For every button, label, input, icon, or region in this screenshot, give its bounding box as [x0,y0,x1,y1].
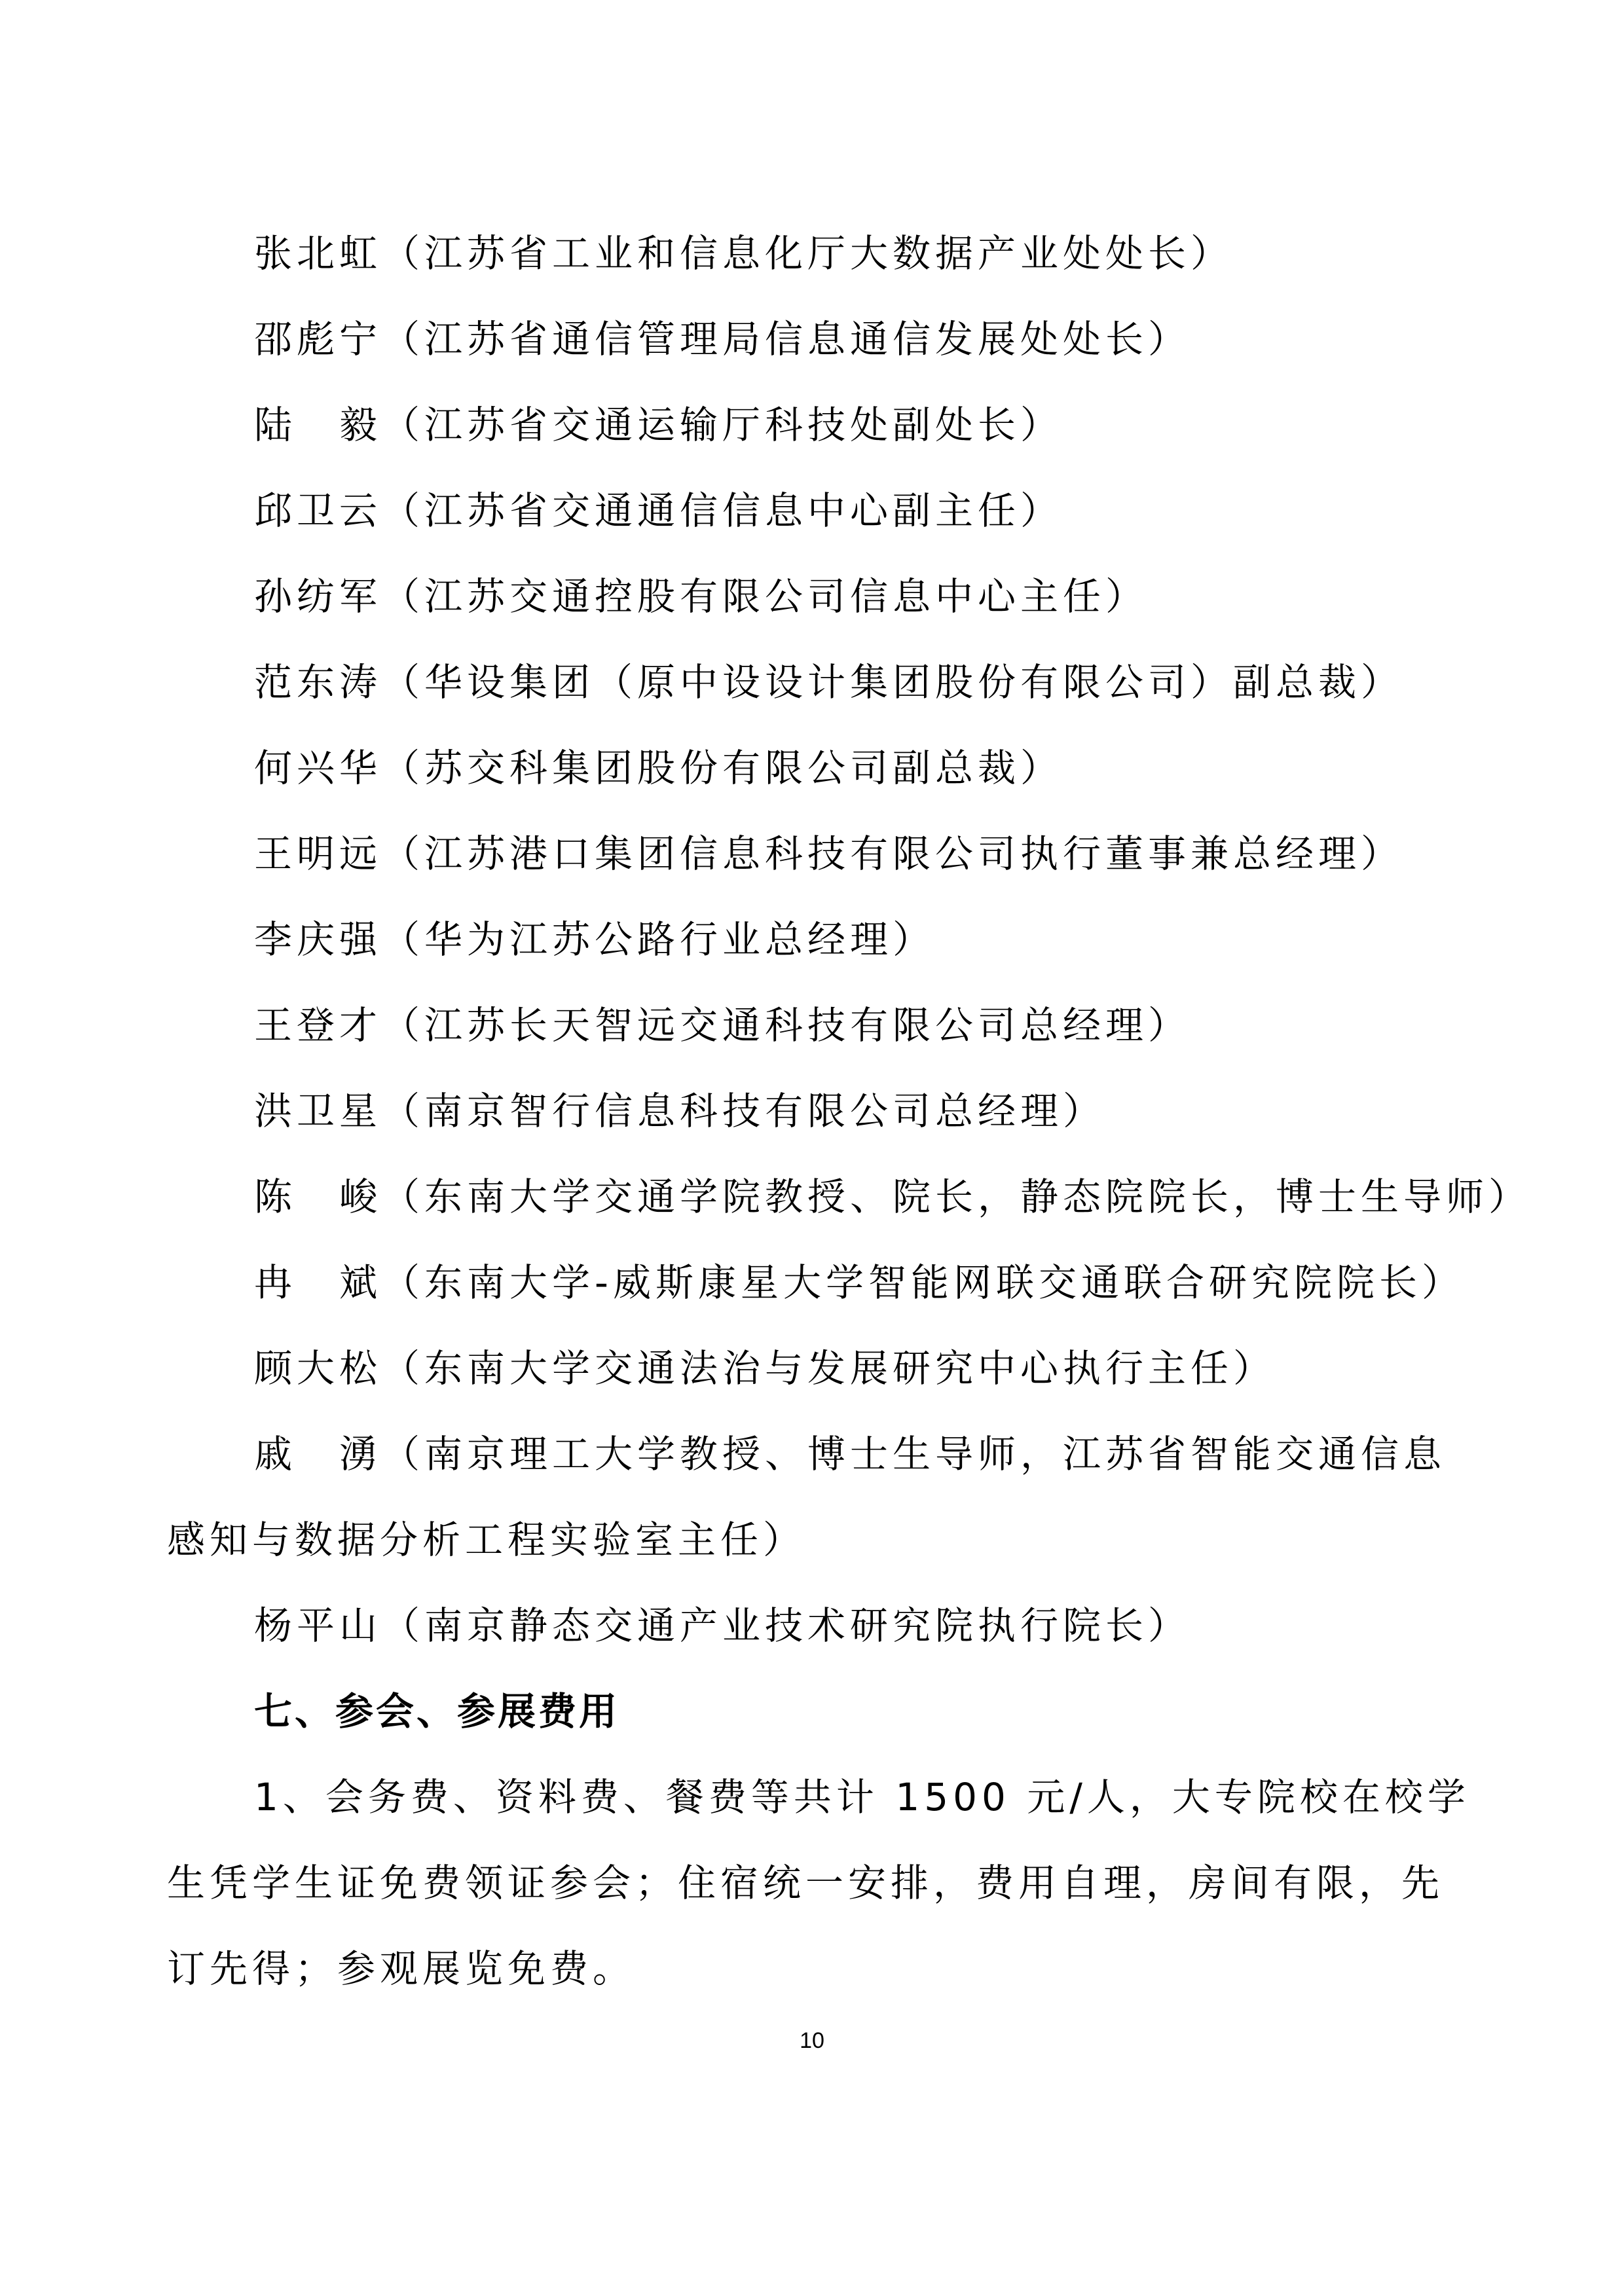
expert-name: 戚 湧 [254,1412,382,1497]
section-heading: 七、参会、参展费用 [167,1669,1473,1755]
expert-entry: 何兴华（苏交科集团股份有限公司副总裁） [167,725,1473,811]
expert-entry: 孙纺军（江苏交通控股有限公司信息中心主任） [167,554,1473,640]
expert-name: 洪卫星 [254,1068,382,1154]
expert-name: 李庆强 [254,897,382,983]
expert-name: 王登才 [254,983,382,1068]
expert-entry: 顾大松（东南大学交通法治与发展研究中心执行主任） [167,1326,1473,1412]
expert-entry-continuation: 感知与数据分析工程实验室主任） [167,1497,1473,1583]
expert-name: 张北虹 [254,211,382,297]
expert-entry: 邱卫云（江苏省交通通信信息中心副主任） [167,468,1473,554]
expert-entry: 杨平山（南京静态交通产业技术研究院执行院长） [167,1583,1473,1669]
page-number: 10 [0,2028,1624,2054]
expert-title: （东南大学交通法治与发展研究中心执行主任） [382,1346,1276,1391]
expert-name: 杨平山 [254,1583,382,1669]
expert-entry: 王明远（江苏港口集团信息科技有限公司执行董事兼总经理） [167,811,1473,897]
expert-title: （华设集团（原中设设计集团股份有限公司）副总裁） [382,660,1403,704]
expert-title: （江苏省通信管理局信息通信发展处处长） [382,317,1190,361]
expert-entry: 王登才（江苏长天智远交通科技有限公司总经理） [167,983,1473,1068]
expert-entry: 戚 湧（南京理工大学教授、博士生导师，江苏省智能交通信息 [167,1412,1473,1497]
expert-title: （华为江苏公路行业总经理） [382,917,935,962]
expert-name: 邱卫云 [254,468,382,554]
expert-title: （苏交科集团股份有限公司副总裁） [382,746,1063,790]
expert-entry: 邵彪宁（江苏省通信管理局信息通信发展处处长） [167,297,1473,382]
expert-title: （江苏省交通运输厅科技处副处长） [382,403,1063,447]
fee-paragraph-line: 1、会务费、资料费、餐费等共计 1500 元/人，大专院校在校学 [167,1755,1473,1840]
expert-entry: 范东涛（华设集团（原中设设计集团股份有限公司）副总裁） [167,640,1473,725]
expert-title-continued: 感知与数据分析工程实验室主任） [167,1518,805,1562]
expert-name: 孙纺军 [254,554,382,640]
expert-title: （东南大学交通学院教授、院长，静态院院长，博士生导师） [382,1175,1531,1219]
expert-name: 王明远 [254,811,382,897]
expert-name: 何兴华 [254,725,382,811]
expert-title: （江苏长天智远交通科技有限公司总经理） [382,1003,1190,1048]
expert-entry: 张北虹（江苏省工业和信息化厅大数据产业处处长） [167,211,1473,297]
expert-title: （江苏港口集团信息科技有限公司执行董事兼总经理） [382,831,1403,876]
fee-paragraph-line: 订先得；参观展览免费。 [167,1926,1473,2012]
expert-entry: 陈 峻（东南大学交通学院教授、院长，静态院院长，博士生导师） [167,1154,1473,1240]
expert-name: 邵彪宁 [254,297,382,382]
expert-title: （江苏省交通通信信息中心副主任） [382,488,1063,533]
expert-title: （南京理工大学教授、博士生导师，江苏省智能交通信息 [382,1432,1446,1476]
expert-name: 冉 斌 [254,1240,382,1326]
expert-name: 顾大松 [254,1326,382,1412]
expert-title: （东南大学-威斯康星大学智能网联交通联合研究院院长） [382,1260,1464,1305]
expert-entry: 李庆强（华为江苏公路行业总经理） [167,897,1473,983]
expert-title: （江苏交通控股有限公司信息中心主任） [382,574,1148,619]
expert-name: 陆 毅 [254,382,382,468]
expert-title: （南京静态交通产业技术研究院执行院长） [382,1603,1190,1648]
expert-name: 陈 峻 [254,1154,382,1240]
fee-paragraph-line: 生凭学生证免费领证参会；住宿统一安排，费用自理，房间有限，先 [167,1840,1473,1926]
expert-entry: 冉 斌（东南大学-威斯康星大学智能网联交通联合研究院院长） [167,1240,1473,1326]
document-page: 张北虹（江苏省工业和信息化厅大数据产业处处长） 邵彪宁（江苏省通信管理局信息通信… [167,211,1473,2012]
expert-name: 范东涛 [254,640,382,725]
expert-title: （江苏省工业和信息化厅大数据产业处处长） [382,231,1233,276]
expert-entry: 洪卫星（南京智行信息科技有限公司总经理） [167,1068,1473,1154]
expert-title: （南京智行信息科技有限公司总经理） [382,1089,1105,1133]
fee-paragraph: 1、会务费、资料费、餐费等共计 1500 元/人，大专院校在校学 生凭学生证免费… [167,1755,1473,2012]
expert-entry: 陆 毅（江苏省交通运输厅科技处副处长） [167,382,1473,468]
